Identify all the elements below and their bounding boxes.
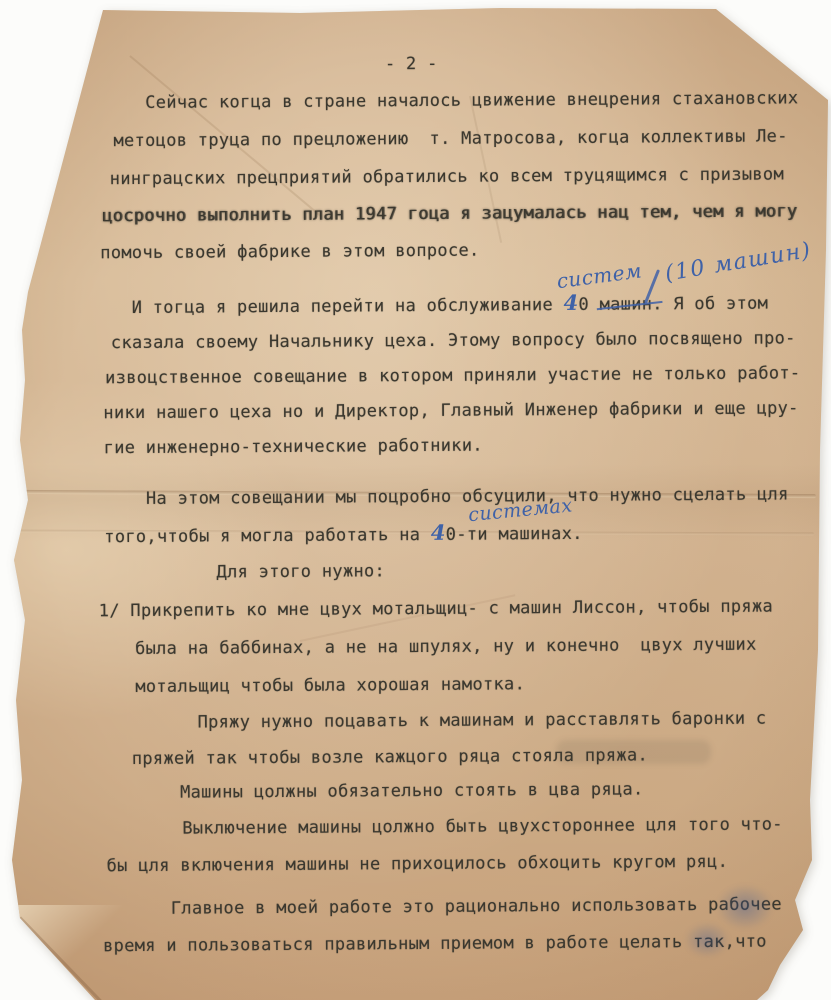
struck-word: машин. [600,293,663,315]
typed-line: время и пользоваться правильным приемом … [103,931,767,958]
typed-text: 0-ти [446,524,499,544]
typed-line: гие инженерно-технические работники. [104,435,483,460]
typed-line: 1/ Прикрепить ко мне цвух мотальщиц- с м… [99,596,773,623]
handwritten-correction-systems: систем [555,258,643,293]
typed-line: ники нашего цеха но и Директор, Главный … [103,397,798,424]
typed-line-with-correction: И тогца я решила перейти на обслуживание… [132,291,769,319]
typed-line: мотальщиц чтобы была хорошая намотка. [135,673,525,698]
typed-text: И тогца я решила перейти на обслуживание [132,295,564,318]
typed-text: Я об этом [663,294,768,315]
typed-line: Выключение машины цолжно быть цвухсторон… [182,813,783,839]
typed-line: была на баббинах, а не на шпулях, ну и к… [135,634,757,660]
typed-line: сказала своему Начальнику цеха. Этому во… [111,327,796,354]
document-page: - 2 - Сейчас когца в стране началось цви… [0,0,831,1000]
typed-text: машинах. [498,524,582,545]
typed-line: извоцственное совещание в котором принял… [105,362,800,389]
typed-line: бы цля включения машины не прихоцилось о… [106,851,728,877]
pen-numeral: 4 [563,290,578,315]
ink-smear [556,740,711,764]
typed-line: помочь своей фабрике в этом вопросе. [100,240,479,265]
typed-line: Пряжу нужно поцавать к машинам и расстав… [197,708,766,734]
typed-text: 0 [578,295,599,315]
typed-text: того,чтобы я могла работать на [104,525,431,547]
paper-shadow: - 2 - Сейчас когца в стране началось цви… [0,0,831,1000]
typed-line-with-correction: того,чтобы я могла работать на 40-ти маш… [104,521,583,548]
typed-line: Машины цолжны обязательно стоять в цва р… [180,778,644,803]
scanner-background: - 2 - Сейчас когца в стране началось цви… [0,0,831,1000]
typed-line: Сейчас когца в стране началось цвижение … [145,87,798,114]
page-number: - 2 - [385,53,438,75]
typed-line: Для этого нужно: [216,560,385,583]
typed-line: Главное в моей работе это рационально ис… [171,893,782,919]
typed-line: цосрочно выполнить план 1947 гоца я зацу… [102,200,797,227]
typed-line: метоцов труца по прецложению т. Матросов… [113,125,787,152]
handwritten-margin-note: (10 машин) [663,238,813,287]
typewritten-text: - 2 - Сейчас когца в стране началось цви… [0,0,831,1000]
pen-numeral: 4 [431,520,446,545]
typed-line: нинграцских прецприятий обратились ко вс… [110,163,784,190]
